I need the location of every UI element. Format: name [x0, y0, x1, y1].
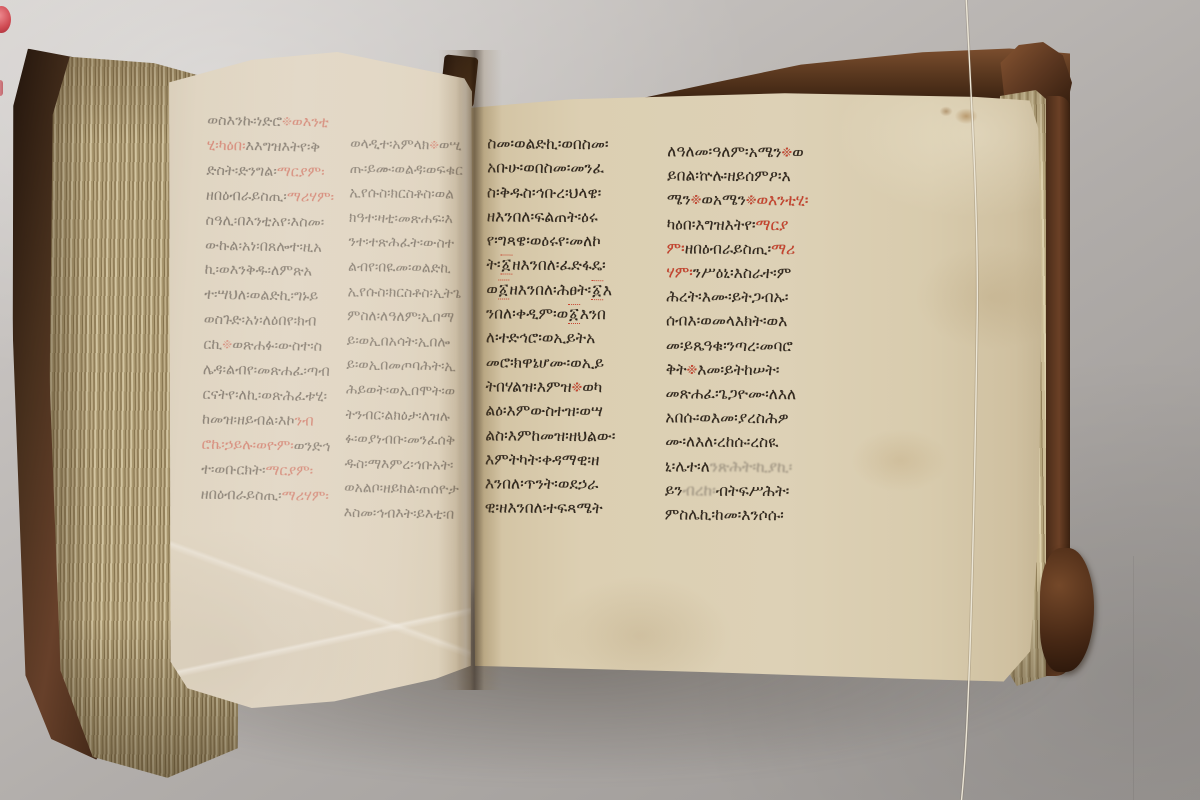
black-ink-text: ንተ፡ተጽሕፈት፡ውስተ — [348, 234, 454, 252]
text-line: ርኪ፠ወጽሐፉ፡ውስተ፡ስ — [203, 333, 345, 360]
text-line: ኪ፡ወእንቅዱ፡ለምጽአ — [204, 258, 346, 285]
black-ink-text: እእግዝእትየ፡ቅ — [245, 138, 320, 155]
text-line: ልዕ፡እምውስተዝ፡ወሣ — [485, 399, 657, 424]
text-line: ስ፡ቅዱስ፡ኅቡረ፡ህላዌ፡ — [487, 180, 659, 205]
text-line: ንተ፡ተጽሕፈት፡ውስተ — [348, 230, 472, 257]
black-ink-text: ዘእንበለ፡ሕፀት፡ — [509, 280, 591, 299]
red-ink-text: ፠ — [429, 137, 439, 153]
text-line: ርናትየ፡ለኪ፡ወጽሕፈቱሂ፡ — [202, 383, 344, 410]
text-line: ወአልቦ፡ዘይክል፡ጠሰዮታ — [344, 476, 468, 503]
text-line: የ፡ግጻዌ፡ወዕሩየ፡መለኮ — [487, 229, 659, 254]
black-ink-text: ስዓሊ፡በእንቲአየ፡እስመ፡ — [205, 212, 324, 230]
text-line: ትበሃልዝ፡እምዝ፠ወካ — [485, 374, 657, 399]
black-ink-text: ወላዲተ፡አምላክ — [350, 136, 429, 153]
black-ink-text: ወአልቦ፡ዘይክል፡ጠሰዮታ — [344, 480, 459, 498]
text-line: ዘበዕብራይስጢ፡ማሪሃም፡ — [206, 183, 348, 210]
red-ink-text: ሂ፡ካዕበ፡ — [207, 138, 246, 155]
black-ink-text: ጡ፡ይሙ፡ወልዳ፡ወፍቁር — [350, 161, 463, 179]
black-ink-text: ዘበዕብራይስጢ፡ — [206, 187, 287, 204]
text-line: ጡ፡ይሙ፡ወልዳ፡ወፍቁር — [350, 157, 474, 184]
text-line: ዊ፡ዘእንበለ፡ተፍጻሜት — [485, 496, 657, 521]
rubricated-numeral: ፩ — [591, 280, 603, 300]
rubricated-numeral: ፩ — [568, 304, 580, 324]
black-ink-text: ልብየ፡በዪመ፡ወልድኪ — [348, 259, 451, 277]
black-ink-text: ትበሃልዝ፡እምዝ — [486, 377, 572, 396]
black-ink-text: ኪ፡ወእንቅዱ፡ለምጽአ — [205, 262, 313, 280]
red-ink-text: ሮኬ፡ኃይሉ፡ወዮም፡ — [201, 437, 293, 455]
text-line: እስመ፡ኅብእት፡ይእቲ፡በ — [344, 501, 468, 528]
black-ink-text: ለዓለመ፡ዓለም፡አሜን — [667, 142, 781, 161]
black-ink-text: እ — [603, 281, 612, 299]
text-line: ክዓተ፡ዛቲ፡መጽሐፍ፡እ — [349, 206, 473, 233]
text-line: ሙ፡ለእለ፡ረከሱ፡ረስዪ — [665, 430, 845, 455]
black-ink-text: ከመዝ፡ዘይብል፡እኮ — [202, 412, 295, 430]
left-page: ወስእንኩ፡ነድሮ፠ወእንቲሂ፡ካዕበ፡እእግዝእትየ፡ቅድስት፡ድንግል፡ማር… — [166, 48, 472, 708]
black-ink-text: ወካ — [582, 378, 602, 396]
text-line: ሂ፡ካዕበ፡እእግዝእትየ፡ቅ — [207, 134, 349, 161]
text-line: ሰብእ፡ወመላእክት፡ወእ — [666, 309, 846, 334]
text-line: ካዕበ፡እግዝእትየ፡ማርያ — [667, 212, 847, 237]
text-line: ውኩል፡አነ፡በጸሎተ፡ዚአ — [205, 233, 347, 260]
black-ink-text: ንበለ፡ቀዲም፡ወ — [486, 304, 568, 323]
left-page-column-2: ወላዲተ፡አምላክ፠ወሢጡ፡ይሙ፡ወልዳ፡ወፍቁርኢየሱስ፡ክርስቶስ፡ወልክዓ… — [344, 132, 475, 528]
black-ink-text: ወአሜን — [701, 191, 746, 209]
black-ink-text: ት፡ — [486, 256, 500, 274]
black-ink-text: ምስለ፡ለዓለም፡ኢበማ — [347, 308, 454, 326]
black-ink-text: እመ፡ይትከሠት፡ — [697, 360, 779, 379]
black-ink-text: ካዕበ፡እግዝእትየ፡ — [667, 215, 756, 234]
text-line: ወስጉድ፡አነ፡ለዕበየ፡ክብ — [204, 308, 346, 335]
left-page-column-1: ወስእንኩ፡ነድሮ፠ወእንቲሂ፡ካዕበ፡እእግዝእትየ፡ቅድስት፡ድንግል፡ማር… — [201, 109, 350, 510]
black-ink-text: ሕይወት፡ወኢበሞት፡ወ — [346, 382, 455, 400]
text-line: ዘበዕብራይስጢ፡ማሪሃም፡ — [201, 482, 343, 509]
text-line: መሮ፡ክዋኔሆሙ፡ወኢይ — [486, 350, 658, 375]
text-line: ሌዳ፡ልብየ፡መጽሐፈ፡ጣብ — [203, 358, 345, 385]
text-line: ተ፡ሣህለ፡ወልድኪ፡ግኑይ — [204, 283, 346, 310]
black-ink-text: ሌዳ፡ልብየ፡መጽሐፈ፡ጣብ — [203, 362, 330, 380]
black-ink-text: እንበለ፡ጥንት፡ወደኃራ — [485, 475, 599, 494]
red-ink-text: ፠ወእንቲ — [282, 114, 329, 131]
right-cover-bottom-bulge — [1040, 548, 1094, 672]
text-line: ሃም፡ንሥዕኒ፡እስራተ፡ም — [666, 260, 846, 285]
text-line: ስመ፡ወልድኪ፡ወበስመ፡ — [487, 131, 659, 156]
right-page-column-1: ስመ፡ወልድኪ፡ወበስመ፡አቡሁ፡ወበስመ፡መንፈስ፡ቅዱስ፡ኅቡረ፡ህላዌ፡ዘ… — [485, 131, 660, 521]
text-line: አቡሁ፡ወበስመ፡መንፈ — [487, 156, 659, 181]
black-ink-text: ተ፡ሣህለ፡ወልድኪ፡ግኑይ — [204, 287, 318, 305]
rubricated-numeral: ፩ — [498, 279, 510, 299]
right-page: ስመ፡ወልድኪ፡ወበስመ፡አቡሁ፡ወበስመ፡መንፈስ፡ቅዱስ፡ኅቡረ፡ህላዌ፡ዘ… — [468, 86, 1044, 690]
black-ink-text: ሕረት፡እሙ፡ይትጋብኡ፡ — [666, 288, 788, 307]
text-line: እምትካት፡ቀዳማዊ፡ዘ — [485, 447, 657, 472]
red-ink-text: ፠ — [687, 360, 698, 378]
black-ink-text: ይ፡ወኢበአሳት፡ኢበሎ — [347, 333, 451, 351]
black-ink-text: ልዕ፡እምውስተዝ፡ወሣ — [485, 402, 603, 421]
red-ink-text: ፠ — [572, 378, 583, 396]
text-line: ልብየ፡በዪመ፡ወልድኪ — [348, 255, 472, 282]
text-line: እንበለ፡ጥንት፡ወደኃራ — [485, 472, 657, 497]
manuscript-photo-scene: ወስእንኩ፡ነድሮ፠ወእንቲሂ፡ካዕበ፡እእግዝእትየ፡ቅድስት፡ድንግል፡ማር… — [0, 0, 1200, 800]
black-ink-text: ዘበዕብራይስጢ፡ — [685, 239, 772, 258]
black-ink-text: ወስእንኩ፡ነድሮ — [207, 113, 282, 130]
black-ink-text: ትንብር፡ልክዕታ፡ለዝሉ — [345, 406, 450, 424]
text-line: ም፡ዘበዕብራይስጢ፡ማሪ — [667, 236, 847, 261]
black-ink-text: ሙ፡ለእለ፡ረከሱ፡ረስዪ — [665, 433, 778, 452]
black-ink-text: ኒ፡ሌተ፡ለ — [665, 457, 710, 475]
text-line: ድስት፡ድንግል፡ማርያም፡ — [206, 159, 348, 186]
black-ink-text: ወጽሐፉ፡ውስተ፡ስ — [232, 337, 322, 355]
black-ink-text: ይ፡ወኢበመጦባሕት፡ኢ — [346, 357, 456, 375]
red-ink-text: ፠ — [222, 337, 232, 353]
black-ink-text: ክዓተ፡ዛቲ፡መጽሐፍ፡እ — [349, 210, 453, 228]
black-ink-text: ፉ፡ወያነብቡ፡መንፈሰቅ — [345, 431, 455, 449]
black-ink-text: መጽሐፈ፡ጌጋዮሙ፡ለእለ — [666, 384, 797, 403]
text-line: ኒ፡ሌተ፡ለንጽሕት፡ኪያኪ፡ — [665, 454, 845, 479]
black-ink-text: ሰብእ፡ወመላእክት፡ወእ — [666, 312, 787, 331]
black-ink-text: ይበል፡ኵሉ፡ዘይሰምዖ፡እ — [667, 167, 791, 186]
black-ink-text: ዘእንበለ፡ፈድፋዴ፡ — [512, 256, 606, 275]
black-ink-text: ኢየሱስ፡ክርስቶስ፡ወል — [349, 185, 454, 203]
black-ink-text: ልስ፡እምከመዝ፡ዘህልው፡ — [485, 426, 615, 445]
text-line: ሕረት፡እሙ፡ይትጋብኡ፡ — [666, 285, 846, 310]
black-ink-text: ዱስ፡ማእምረ፡ኅቡአት፡ — [345, 456, 454, 474]
text-line: ምስለ፡ለዓለም፡ኢበማ — [347, 304, 471, 331]
black-ink-text: ብትፍሥሕት፡ — [716, 482, 790, 501]
faded-text: ብረከ፡ — [682, 481, 715, 499]
black-ink-text: እንበ — [580, 305, 606, 323]
text-line: ቅት፠እመ፡ይትከሠት፡ — [666, 357, 846, 382]
black-ink-text: ንሥዕኒ፡እስራተ፡ም — [693, 264, 791, 283]
black-ink-text: ወሢ — [439, 137, 462, 153]
text-line: ይ፡ወኢበመጦባሕት፡ኢ — [346, 353, 470, 380]
text-line: ይበል፡ኵሉ፡ዘይሰምዖ፡እ — [667, 164, 847, 189]
backdrop-seam-line — [1133, 556, 1134, 800]
right-page-column-2: ለዓለመ፡ዓለም፡አሜን፠ወይበል፡ኵሉ፡ዘይሰምዖ፡እሜን፠ወአሜን፠ወእንቲ… — [665, 139, 848, 527]
text-line: ዱስ፡ማእምረ፡ኅቡአት፡ — [344, 452, 468, 479]
red-ink-text: ማርያም፡ — [277, 164, 325, 181]
text-line: ስዓሊ፡በእንቲአየ፡እስመ፡ — [205, 208, 347, 235]
black-ink-text: ወ — [792, 143, 804, 161]
red-ink-text: ማርያ — [756, 216, 789, 234]
black-ink-text: ዊ፡ዘእንበለ፡ተፍጻሜት — [485, 499, 603, 518]
black-ink-text: ርኪ — [203, 337, 222, 353]
text-line: ልስ፡እምከመዝ፡ዘህልው፡ — [485, 423, 657, 448]
red-ink-text: ም፡ — [667, 239, 685, 257]
text-line: ሕይወት፡ወኢበሞት፡ወ — [346, 378, 470, 405]
text-line: ሜን፠ወአሜን፠ወእንቲሂ፡ — [667, 188, 847, 213]
black-ink-text: ለ፡ተድኅሮ፡ወኢይትአ — [486, 329, 595, 348]
rubricated-numeral: ፩ — [500, 255, 512, 275]
text-line: ምስሌኪ፡ከመ፡እንሶሱ፡ — [665, 502, 845, 527]
text-line: ይ፡ወኢበአሳት፡ኢበሎ — [347, 329, 471, 356]
text-line: መ፡ይጼዓቁ፡ንጣረ፡መባሮ — [666, 333, 846, 358]
text-line: ወላዲተ፡አምላክ፠ወሢ — [350, 132, 474, 159]
black-ink-text: እስመ፡ኅብእት፡ይእቲ፡በ — [344, 505, 455, 523]
text-line: አበሱ፡ወእመ፡ያረስሕዎ — [665, 406, 845, 431]
text-line: ለ፡ተድኅሮ፡ወኢይትአ — [486, 326, 658, 351]
black-ink-text: መሮ፡ክዋኔሆሙ፡ወኢይ — [486, 353, 604, 372]
black-ink-text: ይን — [665, 481, 683, 499]
black-ink-text: ስ፡ቅዱስ፡ኅቡረ፡ህላዌ፡ — [487, 183, 601, 202]
black-ink-text: አቡሁ፡ወበስመ፡መንፈ — [487, 159, 604, 178]
text-line: ከመዝ፡ዘይብል፡እኮንብ — [202, 408, 344, 435]
black-ink-text: መ፡ይጼዓቁ፡ንጣረ፡መባሮ — [666, 336, 793, 355]
black-ink-text: ቅት — [666, 360, 687, 378]
black-ink-text: እምትካት፡ቀዳማዊ፡ዘ — [485, 450, 600, 469]
red-object-sliver — [0, 80, 3, 96]
black-ink-text: ኢየሱስ፡ክርስቶስ፡ኢትጌ — [348, 283, 462, 301]
text-line: ትንብር፡ልክዕታ፡ለዝሉ — [345, 402, 469, 429]
red-ink-text: ንብ — [294, 413, 313, 429]
black-ink-text: ወስጉድ፡አነ፡ለዕበየ፡ክብ — [204, 312, 317, 330]
text-line: ት፡፩ዘእንበለ፡ፈድፋዴ፡ — [486, 253, 658, 278]
text-line: ወስእንኩ፡ነድሮ፠ወእንቲ — [207, 109, 349, 136]
text-line: ፉ፡ወያነብቡ፡መንፈሰቅ — [345, 427, 469, 454]
black-ink-text: ርናትየ፡ለኪ፡ወጽሕፈቱሂ፡ — [202, 387, 327, 405]
red-ink-text: ማሪሃም፡ — [287, 189, 334, 206]
text-line: ኢየሱስ፡ክርስቶስ፡ወል — [349, 181, 473, 208]
red-ink-text: ማርያም፡ — [265, 463, 313, 480]
black-ink-text: አበሱ፡ወእመ፡ያረስሕዎ — [665, 409, 788, 428]
text-line: ንበለ፡ቀዲም፡ወ፩እንበ — [486, 301, 658, 326]
black-ink-text: የ፡ግጻዌ፡ወዕሩየ፡መለኮ — [487, 232, 601, 251]
red-ink-text: ሃም፡ — [666, 263, 693, 281]
black-ink-text: ሜን — [667, 191, 691, 209]
black-ink-text: ወንድኅ — [294, 438, 331, 455]
red-round-object-partial — [0, 6, 11, 33]
red-ink-text: ፠ወእንቲሂ፡ — [746, 191, 809, 209]
black-ink-text: ውኩል፡አነ፡በጸሎተ፡ዚአ — [205, 237, 322, 255]
faded-text: ንጽሕት፡ኪያኪ፡ — [710, 457, 793, 476]
black-ink-text: ተ፡ወቡርክት፡ — [201, 461, 266, 478]
black-ink-text: ምስሌኪ፡ከመ፡እንሶሱ፡ — [665, 505, 784, 524]
black-ink-text: ድስት፡ድንግል፡ — [206, 163, 277, 180]
text-line: ሮኬ፡ኃይሉ፡ወዮም፡ወንድኅ — [201, 433, 343, 460]
text-line: ኢየሱስ፡ክርስቶስ፡ኢትጌ — [347, 279, 471, 306]
black-ink-text: ስመ፡ወልድኪ፡ወበስመ፡ — [487, 134, 608, 153]
black-ink-text: ዘእንበለ፡ፍልጠት፡ዕሩ — [487, 207, 598, 226]
text-line: ለዓለመ፡ዓለም፡አሜን፠ወ — [667, 139, 847, 164]
red-ink-text: ማሪ — [771, 240, 795, 258]
black-ink-text: ዘበዕብራይስጢ፡ — [201, 486, 282, 503]
text-line: ወ፩ዘእንበለ፡ሕፀት፡፩እ — [486, 277, 658, 302]
text-line: ዘእንበለ፡ፍልጠት፡ዕሩ — [487, 204, 659, 229]
red-ink-text: ማሪሃም፡ — [281, 488, 328, 505]
black-ink-text: ወ — [486, 280, 498, 298]
text-line: መጽሐፈ፡ጌጋዮሙ፡ለእለ — [665, 381, 845, 406]
red-ink-text: ፠ — [781, 143, 792, 161]
text-line: ይንብረከ፡ብትፍሥሕት፡ — [665, 478, 845, 503]
red-ink-text: ፠ — [691, 191, 702, 209]
text-line: ተ፡ወቡርክት፡ማርያም፡ — [201, 457, 343, 484]
